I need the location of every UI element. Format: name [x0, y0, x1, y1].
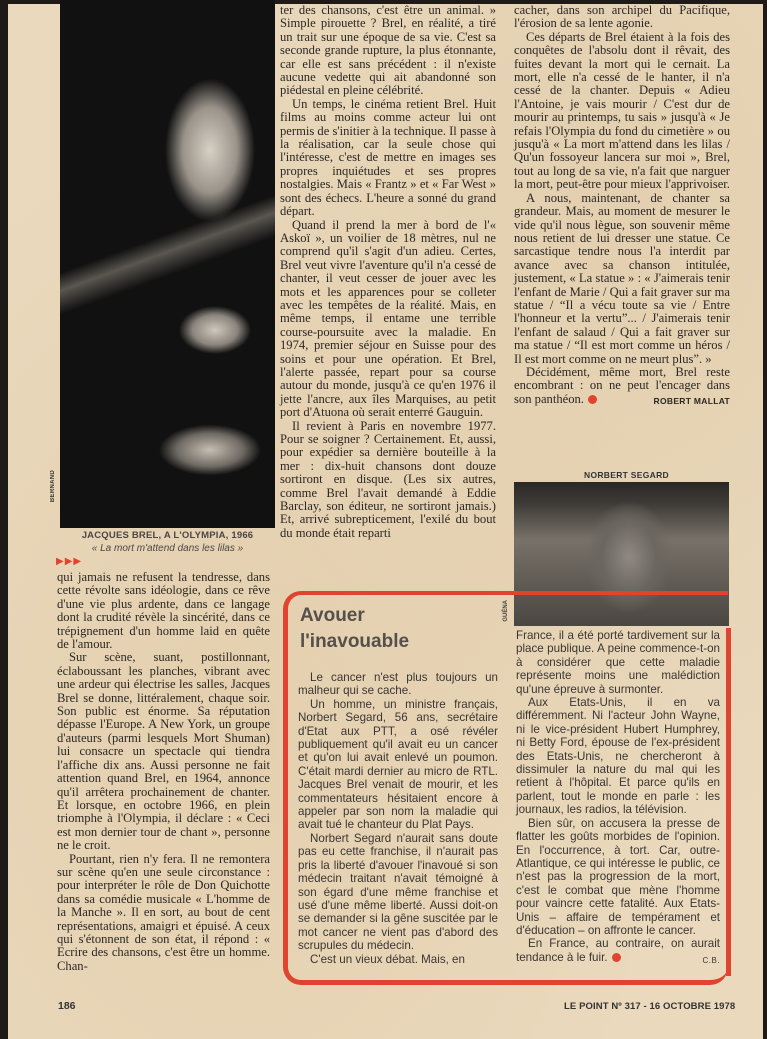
- article-column-2: ter des chansons, c'est être un animal. …: [280, 4, 496, 540]
- end-mark-dot-icon: [612, 953, 621, 962]
- author-signature: ROBERT MALLAT: [642, 395, 730, 408]
- sidebar-title-line1: Avouer: [300, 603, 409, 629]
- paragraph: Aux Etats-Unis, il en va différemment. N…: [516, 696, 720, 817]
- paragraph: Ces départs de Brel étaient à la fois de…: [514, 31, 730, 192]
- publication-footer: LE POINT Nº 317 - 16 OCTOBRE 1978: [564, 1001, 735, 1012]
- paragraph: Norbert Segard n'aurait sans doute pas e…: [298, 832, 498, 953]
- paragraph: cacher, dans son archipel du Pacifique, …: [514, 4, 730, 31]
- paragraph: Pourtant, rien n'y fera. Il ne remontera…: [57, 853, 270, 974]
- paragraph: ter des chansons, c'est être un animal. …: [280, 4, 496, 98]
- caption-title: JACQUES BREL, A L'OLYMPIA, 1966: [60, 530, 275, 541]
- paragraph: qui jamais ne refusent la tendresse, dan…: [57, 571, 270, 651]
- paragraph: C'est un vieux débat. Mais, en: [298, 953, 498, 966]
- continuation-arrows-icon: ▶▶▶: [56, 556, 82, 567]
- end-mark-dot-icon: [588, 395, 597, 404]
- sidebar-title-line2: l'inavouable: [300, 629, 409, 655]
- article-column-3: cacher, dans son archipel du Pacifique, …: [514, 4, 730, 408]
- article-column-1: qui jamais ne refusent la tendresse, dan…: [57, 571, 270, 973]
- sidebar-author: C.B.: [690, 954, 720, 967]
- photo-credit-bernand: BERNAND: [50, 470, 56, 502]
- paragraph: Bien sûr, on accusera la presse de flatt…: [516, 817, 720, 938]
- photo-caption: JACQUES BREL, A L'OLYMPIA, 1966 « La mor…: [60, 530, 275, 554]
- paragraph: Un temps, le cinéma retient Brel. Huit f…: [280, 98, 496, 219]
- paragraph-final: En France, au contraire, on aurait tenda…: [516, 937, 720, 964]
- paragraph: Quand il prend la mer à bord de l'« Asko…: [280, 219, 496, 420]
- photo-jacques-brel: [60, 0, 275, 528]
- photo-label-segard: NORBERT SEGARD: [584, 470, 669, 480]
- caption-quote: « La mort m'attend dans les lilas »: [60, 543, 275, 554]
- paragraph: Le cancer n'est plus toujours un malheur…: [298, 671, 498, 698]
- paragraph: Il revient à Paris en novembre 1977. Pou…: [280, 420, 496, 541]
- paragraph: A nous, maintenant, de chanter sa grande…: [514, 192, 730, 366]
- sidebar-column-2: France, il a été porté tardivement sur l…: [516, 629, 720, 967]
- paragraph: Sur scène, suant, postillonnant, éclabou…: [57, 651, 270, 852]
- page-number: 186: [58, 1000, 76, 1012]
- sidebar-column-1: Le cancer n'est plus toujours un malheur…: [298, 671, 498, 966]
- paragraph: Un homme, un ministre français, Norbert …: [298, 698, 498, 832]
- paragraph-final: Décidément, même mort, Brel reste encomb…: [514, 366, 730, 406]
- paragraph: France, il a été porté tardivement sur l…: [516, 629, 720, 696]
- sidebar-box-right-border: [726, 628, 731, 976]
- sidebar-title: Avouer l'inavouable: [300, 603, 409, 655]
